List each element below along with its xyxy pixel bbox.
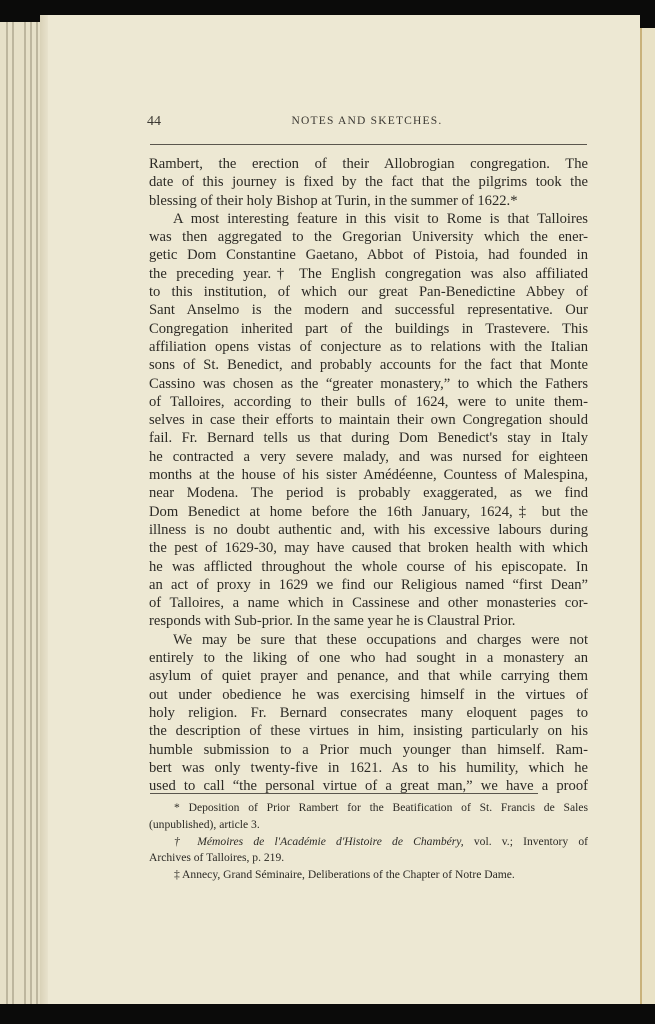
text-line: Dom Benedict at home before the 16th Jan… xyxy=(149,503,588,521)
paragraph: Rambert, the erection of their Allobrogi… xyxy=(149,155,588,210)
text-line: months at the house of his sister Amédée… xyxy=(149,466,588,484)
text-line: the description of these virtues in him,… xyxy=(149,722,588,740)
text-line: of Talloires, a name which in Cassinese … xyxy=(149,594,588,612)
text-line: holy religion. Fr. Bernard consecrates m… xyxy=(149,704,588,722)
page-edge-line xyxy=(24,22,26,1004)
text-line: near Modena. The period is probably exag… xyxy=(149,484,588,502)
text-line: humble submission to a Prior much younge… xyxy=(149,741,588,759)
text-line: out under obedience he was exercising hi… xyxy=(149,686,588,704)
page-edge-line xyxy=(6,22,8,1004)
text-line: asylum of quiet prayer and penance, and … xyxy=(149,667,588,685)
text-line: of Talloires, according to their bulls o… xyxy=(149,393,588,411)
page-edge-line xyxy=(36,22,38,1004)
text-line: illness is no doubt authentic and, with … xyxy=(149,521,588,539)
text-line: bert was only twenty-five in 1621. As to… xyxy=(149,759,588,777)
footnote-1-line: * Deposition of Prior Rambert for the Be… xyxy=(149,800,588,817)
text-line: Congregation inherited part of the build… xyxy=(149,320,588,338)
page-header: 44 NOTES AND SKETCHES. xyxy=(147,114,587,134)
text-line: getic Dom Constantine Gaetano, Abbot of … xyxy=(149,246,588,264)
text-line: date of this journey is fixed by the fac… xyxy=(149,173,588,191)
text-line: was then aggregated to the Gregorian Uni… xyxy=(149,228,588,246)
footnote-2-line: † Mémoires de l'Académie d'Histoire de C… xyxy=(149,834,588,851)
footnote-rule xyxy=(150,793,538,794)
running-title: NOTES AND SKETCHES. xyxy=(147,115,587,127)
text-line: the pest of 1629-30, may have caused tha… xyxy=(149,539,588,557)
text-line: Sant Anselmo is the modern and successfu… xyxy=(149,301,588,319)
footnote-2-title: † Mémoires de l'Académie d'Histoire de C… xyxy=(174,835,464,848)
body-text: Rambert, the erection of their Allobrogi… xyxy=(149,155,588,795)
page-edge-line xyxy=(30,22,32,1004)
text-line: to this institution, of which our great … xyxy=(149,283,588,301)
text-line: he contracted a very severe malady, and … xyxy=(149,448,588,466)
text-line: he was afflicted throughout the whole co… xyxy=(149,558,588,576)
footnotes: * Deposition of Prior Rambert for the Be… xyxy=(149,800,588,884)
footnote-2-line: Archives of Talloires, p. 219. xyxy=(149,850,588,867)
page-edge-line xyxy=(12,22,14,1004)
page-gutter-shadow xyxy=(40,15,48,1004)
text-line: affiliation opens vistas of conjecture a… xyxy=(149,338,588,356)
text-line: an act of proxy in 1629 we find our Reli… xyxy=(149,576,588,594)
text-line: responds with Sub-prior. In the same yea… xyxy=(149,612,588,630)
footnote-2-rest: vol. v.; Inventory of xyxy=(464,835,588,848)
text-line: fail. Fr. Bernard tells us that during D… xyxy=(149,429,588,447)
footnote-3-line: ‡ Annecy, Grand Séminaire, Deliberations… xyxy=(149,867,588,884)
header-rule xyxy=(150,144,587,145)
text-line: A most interesting feature in this visit… xyxy=(149,210,588,228)
text-line: the preceding year.† The English congreg… xyxy=(149,265,588,283)
facing-page-edge xyxy=(640,28,655,1004)
footnote-1-line: (unpublished), article 3. xyxy=(149,817,588,834)
text-line: blessing of their holy Bishop at Turin, … xyxy=(149,192,588,210)
text-line: Cassino was chosen as the “greater monas… xyxy=(149,375,588,393)
text-line: Rambert, the erection of their Allobrogi… xyxy=(149,155,588,173)
text-line: entirely to the liking of one who had so… xyxy=(149,649,588,667)
text-line: selves in case their efforts to maintain… xyxy=(149,411,588,429)
paragraph: We may be sure that these occupations an… xyxy=(149,631,588,796)
text-line: We may be sure that these occupations an… xyxy=(149,631,588,649)
paragraph: A most interesting feature in this visit… xyxy=(149,210,588,631)
text-line: sons of St. Benedict, and probably accou… xyxy=(149,356,588,374)
